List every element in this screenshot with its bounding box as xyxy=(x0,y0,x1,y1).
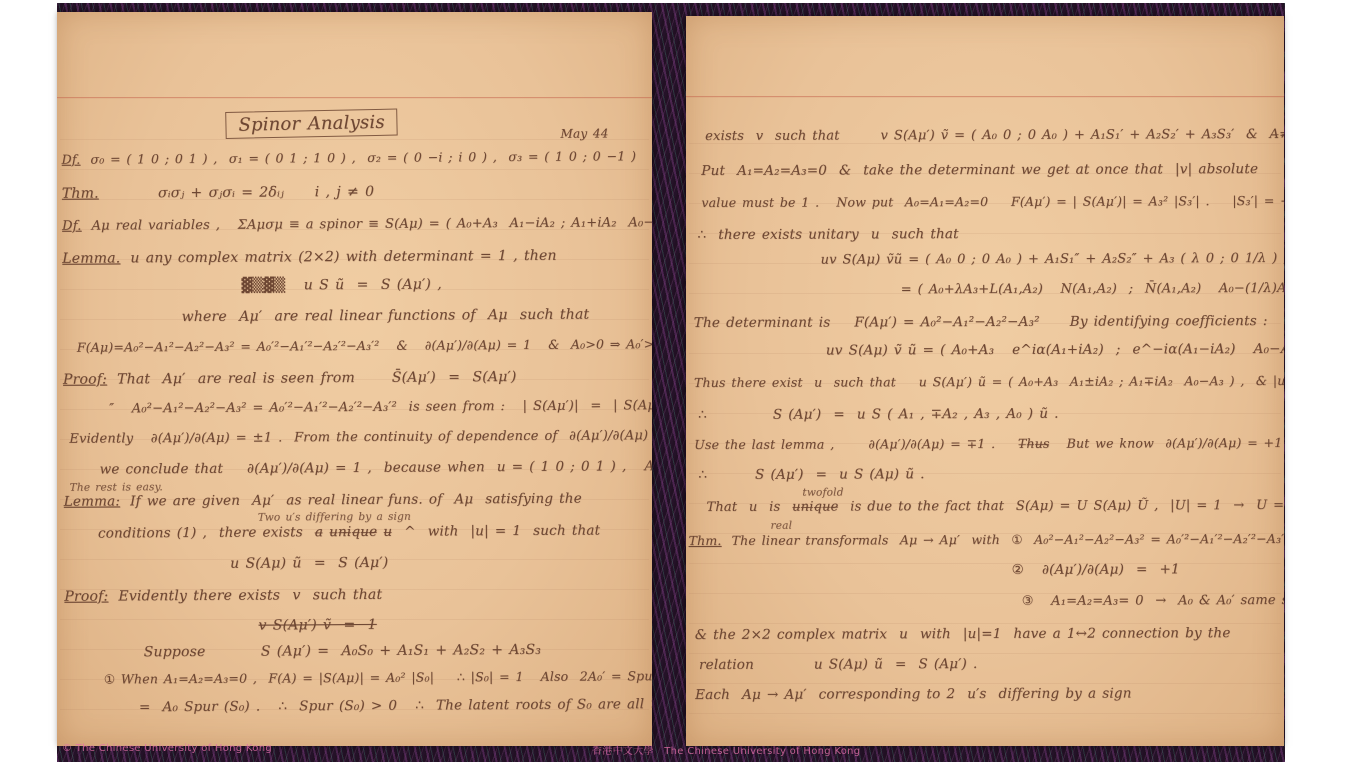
handwritten-line: Lemma.u any complex matrix (2×2) with de… xyxy=(62,248,557,267)
handwritten-line: Df.Aμ real variables , ΣAμσμ ≡ a spinor … xyxy=(62,215,652,234)
handwritten-line: ∴ there exists unitary u such that xyxy=(697,226,958,243)
line-text: F(Aμ)=A₀²−A₁²−A₂²−A₃² = A₀′²−A₁′²−A₂′²−A… xyxy=(77,336,652,355)
line-text: u any complex matrix (2×2) with determin… xyxy=(130,248,556,267)
handwritten-line: = A₀ Spur (S₀) . ∴ Spur (S₀) > 0 ∴ The l… xyxy=(139,696,652,716)
date-annotation: May 44 xyxy=(560,126,608,140)
line-text: v S(Aμ′) ṽ = 1 xyxy=(258,617,376,634)
line-text: Thus there exist u such that u S(Aμ′) ũ … xyxy=(694,373,1284,390)
line-text: That u is u̶n̶i̶q̶u̶e̶ is due to the fac… xyxy=(706,498,1284,515)
handwritten-line: uv S(Aμ) ṽũ = ( A₀ 0 ; 0 A₀ ) + A₁S₁″ + … xyxy=(821,251,1284,268)
line-text: uv S(Aμ) ṽ ũ = ( A₀+A₃ e^iα(A₁+iA₂) ; e^… xyxy=(826,341,1284,359)
handwritten-line: Proof:That Aμ′ are real is seen from S̄(… xyxy=(63,369,517,388)
handwritten-line: Thus there exist u such that u S(Aμ′) ũ … xyxy=(694,373,1284,390)
line-text: & the 2×2 complex matrix u with |u|=1 ha… xyxy=(695,625,1231,643)
line-text: Aμ real variables , ΣAμσμ ≡ a spinor ≡ S… xyxy=(92,215,652,234)
handwritten-line: Use the last lemma , ∂(Aμ′)/∂(Aμ) = ∓1 .… xyxy=(694,435,1284,452)
handwritten-line: Put A₁=A₂=A₃=0 & take the determinant we… xyxy=(701,161,1258,179)
handwritten-line: Each Aμ → Aμ′ corresponding to 2 u′s dif… xyxy=(695,685,1132,703)
line-text: ∴ S (Aμ′) = u S ( A₁ , ∓A₂ , A₃ , A₀ ) ũ… xyxy=(698,406,1059,423)
line-text: Put A₁=A₂=A₃=0 & take the determinant we… xyxy=(701,161,1258,179)
line-text: The rest is easy. xyxy=(70,481,163,494)
line-text: = ( A₀+λA₃+L(A₁,A₂) N(A₁,A₂) ; N̄(A₁,A₂)… xyxy=(901,281,1284,298)
handwritten-line: Two u′s differing by a sign xyxy=(258,511,411,524)
handwritten-line: exists v such that v S(Aμ′) ṽ = ( A₀ 0 ;… xyxy=(705,127,1284,144)
handwritten-line: Proof:Evidently there exists v such that xyxy=(64,587,382,605)
line-text: The linear transformals Aμ → Aμ′ with ① … xyxy=(732,531,1284,548)
margin-label: Lemma. xyxy=(62,250,130,266)
handwritten-line: Thm. σᵢσⱼ + σⱼσᵢ = 2δᵢⱼ i , j ≠ 0 xyxy=(62,184,374,202)
line-text: uv S(Aμ) ṽũ = ( A₀ 0 ; 0 A₀ ) + A₁S₁″ + … xyxy=(821,251,1284,268)
handwritten-line: ② ∂(Aμ′)/∂(Aμ) = +1 xyxy=(1012,561,1180,578)
line-text: Evidently ∂(Aμ′)/∂(Aμ) = ±1 . From the c… xyxy=(69,428,652,447)
handwritten-line: twofold xyxy=(802,486,843,498)
line-text: value must be 1 . Now put A₀=A₁=A₂=0 F(A… xyxy=(701,193,1284,210)
line-text: relation u S(Aμ) ũ = S (Aμ′) . xyxy=(699,656,978,673)
scanned-notebook: { "document": { "title": "Spinor Analysi… xyxy=(0,0,1366,768)
handwritten-line: value must be 1 . Now put A₀=A₁=A₂=0 F(A… xyxy=(701,193,1284,210)
line-text: Evidently there exists v such that xyxy=(118,587,382,605)
handwritten-line: real xyxy=(770,520,792,532)
line-text: ① When A₁=A₂=A₃=0 , F(A) = |S(Aμ)| = A₀²… xyxy=(104,668,652,687)
line-text: ▓▒▓▒ u S ũ = S (Aμ′) , xyxy=(241,276,442,293)
handwritten-line: & the 2×2 complex matrix u with |u|=1 ha… xyxy=(695,625,1231,643)
left-page: Spinor AnalysisMay 44Df.σ₀ = ( 1 0 ; 0 1… xyxy=(57,12,652,746)
line-text: Suppose S (Aμ′) = A₀S₀ + A₁S₁ + A₂S₂ + A… xyxy=(144,642,542,660)
handwritten-line: ③ A₁=A₂=A₃= 0 → A₀ & A₀′ same sign . xyxy=(1022,593,1284,609)
margin-label: Thm. xyxy=(62,185,109,201)
handwritten-line: Lemma:If we are given Aμ′ as real linear… xyxy=(64,491,582,510)
line-text: Use the last lemma , ∂(Aμ′)/∂(Aμ) = ∓1 .… xyxy=(694,435,1284,452)
handwritten-line: u S(Aμ) ũ = S (Aμ′) xyxy=(230,555,388,572)
handwritten-line: The determinant is F(Aμ′) = A₀²−A₁²−A₂²−… xyxy=(694,313,1268,331)
handwritten-line: conditions (1) , there exists a̶ u̶n̶i̶q… xyxy=(98,523,600,542)
handwritten-line: we conclude that ∂(Aμ′)/∂(Aμ) = 1 , beca… xyxy=(99,458,652,478)
left-page-handwriting: Spinor AnalysisMay 44Df.σ₀ = ( 1 0 ; 0 1… xyxy=(57,12,652,746)
margin-label: Thm. xyxy=(689,533,732,548)
line-text: ③ A₁=A₂=A₃= 0 → A₀ & A₀′ same sign . xyxy=(1022,593,1284,609)
handwritten-line: Df.σ₀ = ( 1 0 ; 0 1 ) , σ₁ = ( 0 1 ; 1 0… xyxy=(62,147,652,166)
line-text: Two u′s differing by a sign xyxy=(258,511,411,524)
line-text: May 44 xyxy=(560,126,608,140)
line-text: σ₀ = ( 1 0 ; 0 1 ) , σ₁ = ( 0 1 ; 1 0 ) … xyxy=(90,147,652,166)
right-page: exists v such that v S(Aμ′) ṽ = ( A₀ 0 ;… xyxy=(686,16,1284,746)
watermark-left: © The Chinese University of Hong Kong xyxy=(62,743,272,754)
handwritten-line: = ( A₀+λA₃+L(A₁,A₂) N(A₁,A₂) ; N̄(A₁,A₂)… xyxy=(901,281,1284,298)
line-text: ∴ S (Aμ′) = u S (Aμ) ũ . xyxy=(698,466,924,483)
handwritten-line: v S(Aμ′) ṽ = 1 xyxy=(258,617,376,634)
line-text: conditions (1) , there exists a̶ u̶n̶i̶q… xyxy=(98,523,600,542)
margin-label: Df. xyxy=(62,219,92,234)
line-text: = A₀ Spur (S₀) . ∴ Spur (S₀) > 0 ∴ The l… xyxy=(139,696,652,716)
page-title: Spinor Analysis xyxy=(225,109,398,139)
margin-label: Df. xyxy=(62,152,91,167)
handwritten-line: Suppose S (Aμ′) = A₀S₀ + A₁S₁ + A₂S₂ + A… xyxy=(144,642,542,660)
line-text: That Aμ′ are real is seen from S̄(Aμ′) =… xyxy=(117,369,517,387)
line-text: where Aμ′ are real linear functions of A… xyxy=(182,307,590,325)
line-text: If we are given Aμ′ as real linear funs.… xyxy=(130,491,582,510)
line-text: ∴ there exists unitary u such that xyxy=(697,226,958,243)
margin-label: Proof: xyxy=(63,371,117,387)
handwritten-line: F(Aμ)=A₀²−A₁²−A₂²−A₃² = A₀′²−A₁′²−A₂′²−A… xyxy=(77,336,652,355)
watermark-right: 香港中文大學 The Chinese University of Hong Ko… xyxy=(592,742,860,757)
handwritten-line: Evidently ∂(Aμ′)/∂(Aμ) = ±1 . From the c… xyxy=(69,428,652,447)
handwritten-line: ″ A₀²−A₁²−A₂²−A₃² = A₀′²−A₁′²−A₂′²−A₃′² … xyxy=(109,398,652,416)
line-text: The determinant is F(Aμ′) = A₀²−A₁²−A₂²−… xyxy=(694,313,1268,331)
line-text: real xyxy=(770,520,792,532)
line-text: σᵢσⱼ + σⱼσᵢ = 2δᵢⱼ i , j ≠ 0 xyxy=(109,184,375,202)
line-text: u S(Aμ) ũ = S (Aμ′) xyxy=(230,555,388,572)
handwritten-line: Thm.The linear transformals Aμ → Aμ′ wit… xyxy=(689,531,1284,548)
handwritten-line: ① When A₁=A₂=A₃=0 , F(A) = |S(Aμ)| = A₀²… xyxy=(104,668,652,687)
line-text: twofold xyxy=(802,486,843,498)
handwritten-line: where Aμ′ are real linear functions of A… xyxy=(182,307,590,325)
handwritten-line: relation u S(Aμ) ũ = S (Aμ′) . xyxy=(699,656,978,673)
handwritten-line: ∴ S (Aμ′) = u S ( A₁ , ∓A₂ , A₃ , A₀ ) ũ… xyxy=(698,406,1059,423)
handwritten-line: ▓▒▓▒ u S ũ = S (Aμ′) , xyxy=(241,276,442,293)
margin-label: Proof: xyxy=(64,588,118,604)
handwritten-line: That u is u̶n̶i̶q̶u̶e̶ is due to the fac… xyxy=(706,498,1284,515)
line-text: exists v such that v S(Aμ′) ṽ = ( A₀ 0 ;… xyxy=(705,127,1284,144)
line-text: ② ∂(Aμ′)/∂(Aμ) = +1 xyxy=(1012,561,1180,578)
handwritten-line: uv S(Aμ) ṽ ũ = ( A₀+A₃ e^iα(A₁+iA₂) ; e^… xyxy=(826,341,1284,359)
right-page-handwriting: exists v such that v S(Aμ′) ṽ = ( A₀ 0 ;… xyxy=(686,16,1284,746)
line-text: we conclude that ∂(Aμ′)/∂(Aμ) = 1 , beca… xyxy=(99,458,652,478)
handwritten-line: The rest is easy. xyxy=(70,481,163,494)
handwritten-line: ∴ S (Aμ′) = u S (Aμ) ũ . xyxy=(698,466,924,483)
line-text: ″ A₀²−A₁²−A₂²−A₃² = A₀′²−A₁′²−A₂′²−A₃′² … xyxy=(109,398,652,416)
margin-label: Lemma: xyxy=(64,493,130,509)
line-text: Spinor Analysis xyxy=(238,112,385,136)
line-text: Each Aμ → Aμ′ corresponding to 2 u′s dif… xyxy=(695,685,1132,703)
